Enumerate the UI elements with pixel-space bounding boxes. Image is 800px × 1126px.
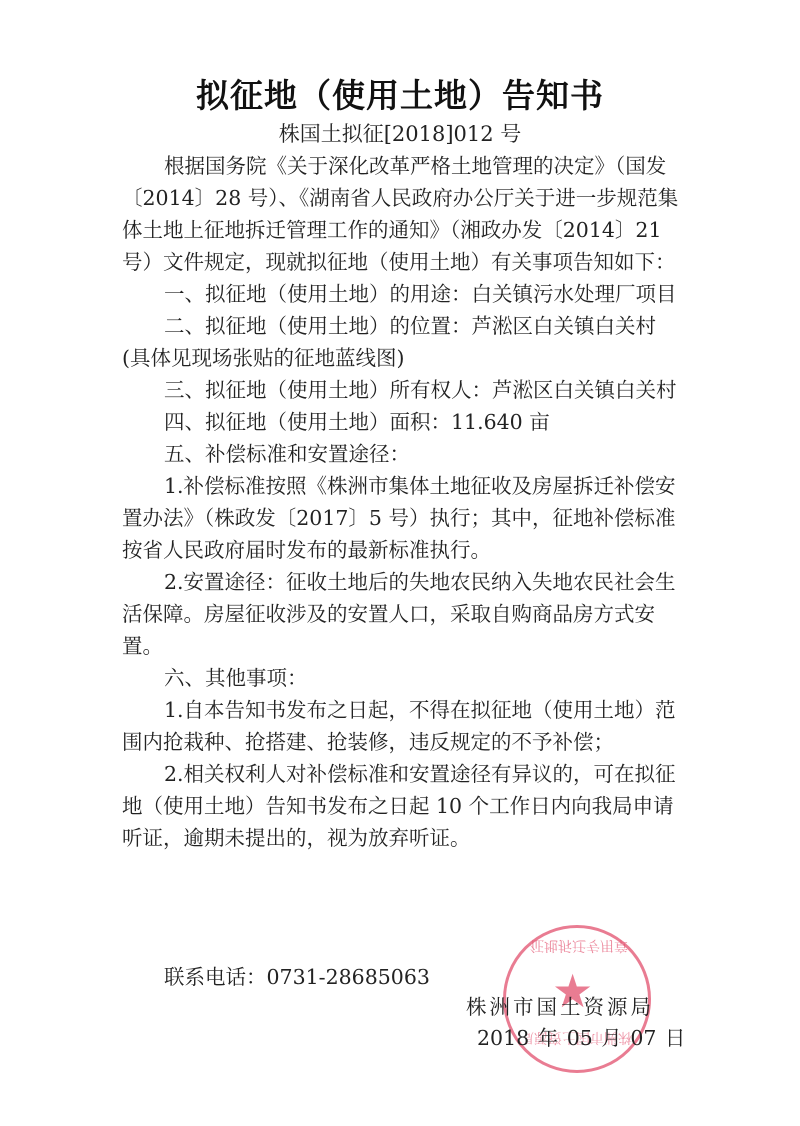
other-matter-2: 2.相关权利人对补偿标准和安置途径有异议的，可在拟征地（使用土地）告知书发布之日… <box>122 758 682 854</box>
issuer-name: 株洲市国土资源局 <box>466 990 654 1020</box>
item-compensation-heading: 五、补偿标准和安置途径： <box>122 438 682 470</box>
document-number: 株国土拟征[2018]012 号 <box>0 118 800 148</box>
seal-text-top: 征地拆迁专用章 <box>524 936 634 956</box>
issue-date: 2018 年 05 月 07 日 <box>477 1021 685 1051</box>
intro-paragraph: 根据国务院《关于深化改革严格土地管理的决定》（国发〔2014〕28 号）、《湖南… <box>122 150 682 278</box>
compensation-standard: 1.补偿标准按照《株洲市集体土地征收及房屋拆迁补偿安置办法》（株政发〔2017〕… <box>122 470 682 566</box>
contact-phone: 联系电话：0731-28685063 <box>164 960 430 990</box>
notice-document: 拟征地（使用土地）告知书 株国土拟征[2018]012 号 根据国务院《关于深化… <box>0 0 800 1126</box>
item-purpose: 一、拟征地（使用土地）的用途：白关镇污水处理厂项目 <box>122 278 682 310</box>
item-owner: 三、拟征地（使用土地）所有权人：芦淞区白关镇白关村 <box>122 374 682 406</box>
other-matters-heading: 六、其他事项： <box>122 662 682 694</box>
other-matter-1: 1.自本告知书发布之日起，不得在拟征地（使用土地）范围内抢栽种、抢搭建、抢装修，… <box>122 694 682 758</box>
item-area: 四、拟征地（使用土地）面积：11.640 亩 <box>122 406 682 438</box>
document-body: 根据国务院《关于深化改革严格土地管理的决定》（国发〔2014〕28 号）、《湖南… <box>122 150 682 854</box>
item-location: 二、拟征地（使用土地）的位置：芦淞区白关镇白关村(具体见现场张贴的征地蓝线图) <box>122 310 682 374</box>
resettlement-method: 2.安置途径：征收土地后的失地农民纳入失地农民社会生活保障。房屋征收涉及的安置人… <box>122 566 682 662</box>
document-title: 拟征地（使用土地）告知书 <box>0 70 800 117</box>
